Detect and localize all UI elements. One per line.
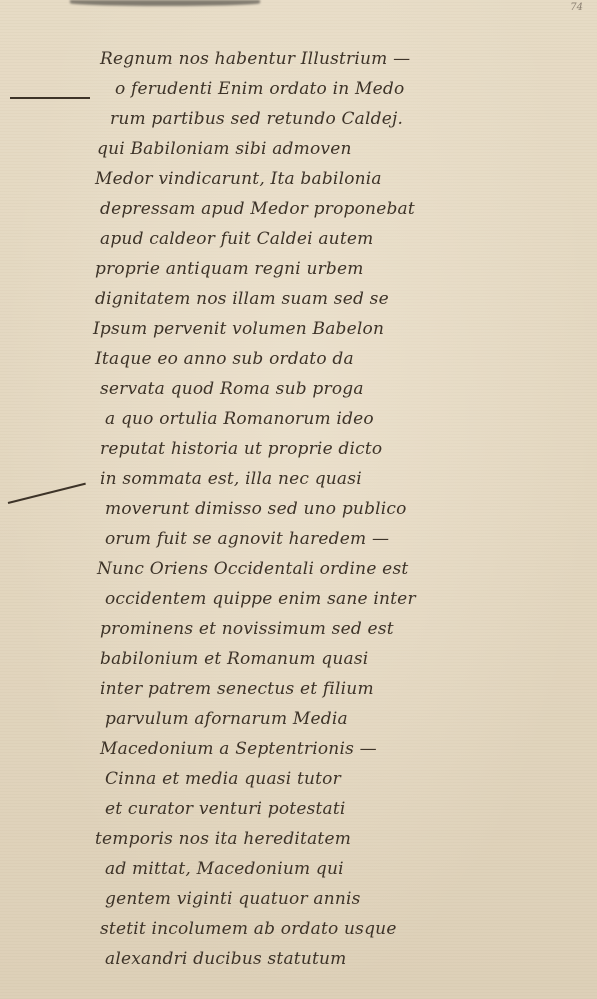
text-line: moverunt dimisso sed uno publico xyxy=(105,494,525,524)
text-line: prominens et novissimum sed est xyxy=(100,614,525,644)
text-line: Cinna et media quasi tutor xyxy=(105,764,525,794)
manuscript-text: Regnum nos habentur Illustrium — o ferud… xyxy=(95,44,525,974)
text-line: qui Babiloniam sibi admoven xyxy=(97,134,525,164)
text-line: dignitatem nos illam suam sed se xyxy=(95,284,525,314)
text-line: Nunc Oriens Occidentali ordine est xyxy=(97,554,525,584)
text-line: apud caldeor fuit Caldei autem xyxy=(100,224,525,254)
text-line: Macedonium a Septentrionis — xyxy=(100,734,525,764)
text-line: occidentem quippe enim sane inter xyxy=(105,584,525,614)
text-line: parvulum afornarum Media xyxy=(105,704,525,734)
text-line: rum partibus sed retundo Caldej. xyxy=(110,104,525,134)
text-line: temporis nos ita hereditatem xyxy=(95,824,525,854)
text-line: o ferudenti Enim ordato in Medo xyxy=(115,74,525,104)
margin-flourish xyxy=(8,483,86,504)
text-line: gentem viginti quatuor annis xyxy=(105,884,525,914)
text-line: et curator venturi potestati xyxy=(105,794,525,824)
page-edge-shadow xyxy=(70,0,260,6)
text-line: a quo ortulia Romanorum ideo xyxy=(105,404,525,434)
folio-number: 74 xyxy=(570,2,583,13)
text-line: alexandri ducibus statutum xyxy=(105,944,525,974)
text-line: servata quod Roma sub proga xyxy=(100,374,525,404)
text-line: in sommata est, illa nec quasi xyxy=(100,464,525,494)
manuscript-page: 74 Regnum nos habentur Illustrium — o fe… xyxy=(0,0,597,999)
text-line: ad mittat, Macedonium qui xyxy=(105,854,525,884)
text-line: Medor vindicarunt, Ita babilonia xyxy=(95,164,525,194)
text-line: Itaque eo anno sub ordato da xyxy=(95,344,525,374)
text-line: depressam apud Medor proponebat xyxy=(100,194,525,224)
text-line: babilonium et Romanum quasi xyxy=(100,644,525,674)
text-line: inter patrem senectus et filium xyxy=(100,674,525,704)
text-line: Ipsum pervenit volumen Babelon xyxy=(93,314,525,344)
margin-flourish xyxy=(10,97,90,99)
text-line: reputat historia ut proprie dicto xyxy=(100,434,525,464)
text-line: stetit incolumem ab ordato usque xyxy=(100,914,525,944)
text-line: Regnum nos habentur Illustrium — xyxy=(100,44,525,74)
text-line: orum fuit se agnovit haredem — xyxy=(105,524,525,554)
text-line: proprie antiquam regni urbem xyxy=(95,254,525,284)
